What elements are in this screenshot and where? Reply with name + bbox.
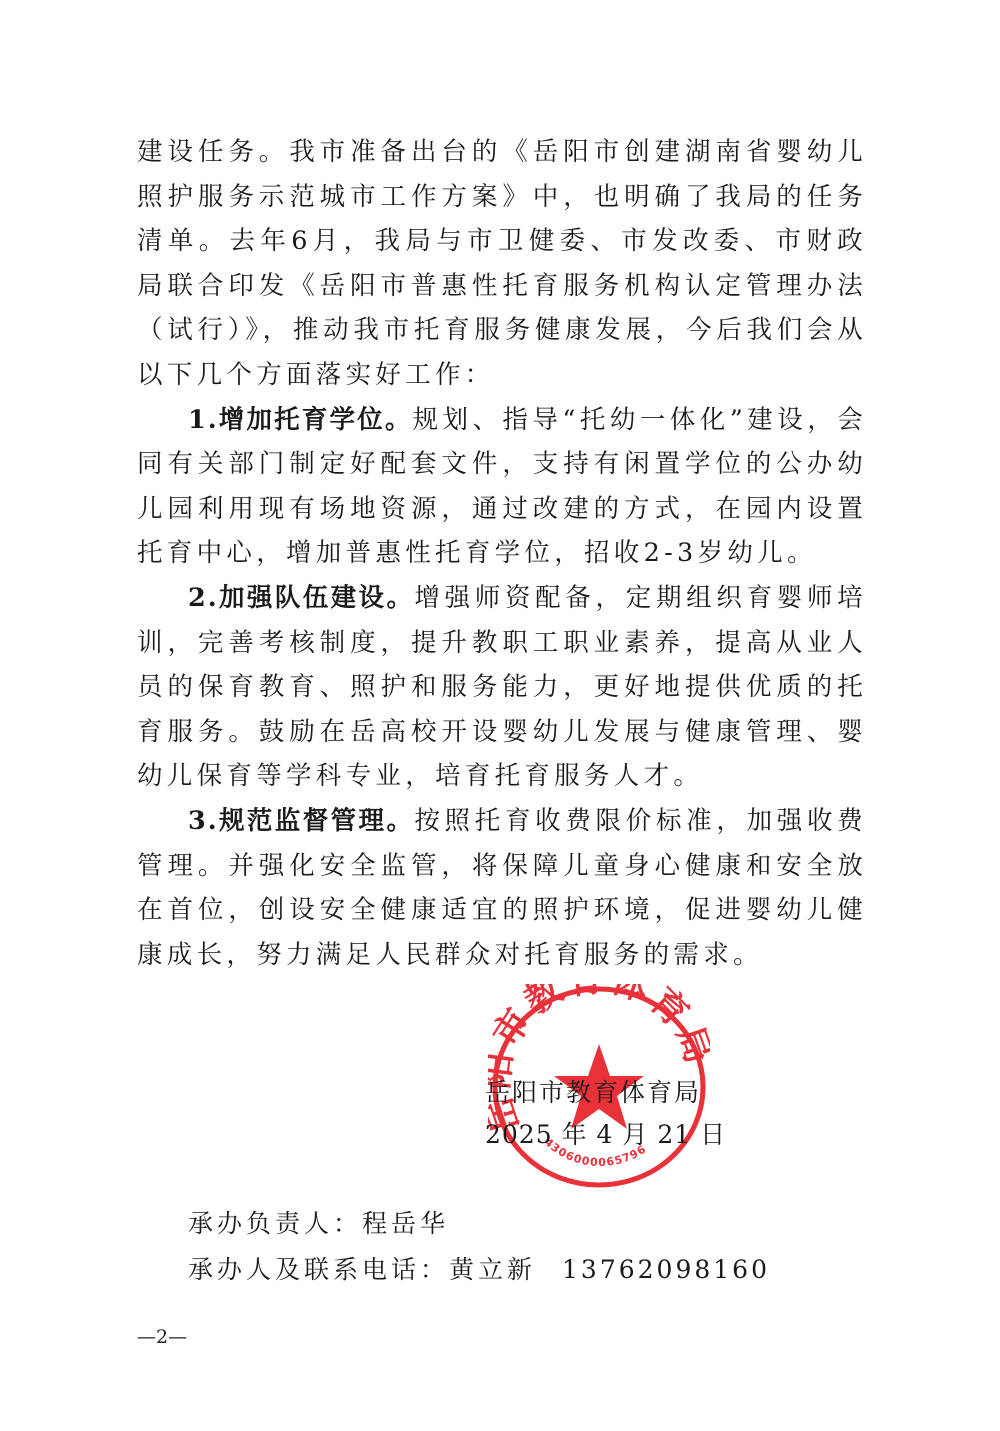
signature-block: 岳阳市教育体育局 2025 年 4 月 21 日 [485, 1072, 726, 1156]
paragraph-item-1: 1.增加托育学位。规划、指导“托幼一体化”建设，会同有关部门制定好配套文件，支持… [137, 398, 867, 576]
document-page: 建设任务。我市准备出台的《岳阳市创建湖南省婴幼儿照护服务示范城市工作方案》中，也… [0, 0, 1000, 1431]
paragraph-intro: 建设任务。我市准备出台的《岳阳市创建湖南省婴幼儿照护服务示范城市工作方案》中，也… [137, 130, 867, 398]
paragraph-item-2: 2.加强队伍建设。增强师资配备，定期组织育婴师培训，完善考核制度，提升教职工职业… [137, 576, 867, 799]
signature-organization: 岳阳市教育体育局 [485, 1072, 726, 1114]
signature-date: 2025 年 4 月 21 日 [485, 1114, 726, 1156]
handler-name: 黄立新 [449, 1255, 536, 1284]
paragraph-text: 增强师资配备，定期组织育婴师培训，完善考核制度，提升教职工职业素养，提高从业人员… [137, 583, 867, 791]
item-heading: 3.规范监督管理。 [188, 806, 414, 836]
paragraph-item-3: 3.规范监督管理。按照托育收费限价标准，加强收费管理。并强化安全监管，将保障儿童… [137, 799, 867, 977]
responsible-name: 程岳华 [362, 1209, 449, 1238]
page-number: —2— [137, 1326, 187, 1348]
paragraph-text: 建设任务。我市准备出台的《岳阳市创建湖南省婴幼儿照护服务示范城市工作方案》中，也… [137, 137, 867, 390]
document-body: 建设任务。我市准备出台的《岳阳市创建湖南省婴幼儿照护服务示范城市工作方案》中，也… [137, 130, 867, 977]
item-heading: 2.加强队伍建设。 [188, 583, 414, 613]
handler-line: 承办人及联系电话：黄立新13762098160 [188, 1247, 770, 1293]
item-heading: 1.增加托育学位。 [188, 405, 413, 435]
responsible-label: 承办负责人： [188, 1209, 362, 1238]
contact-block: 承办负责人：程岳华 承办人及联系电话：黄立新13762098160 [188, 1201, 770, 1293]
handler-phone: 13762098160 [562, 1255, 770, 1284]
responsible-person-line: 承办负责人：程岳华 [188, 1201, 770, 1247]
handler-label: 承办人及联系电话： [188, 1255, 449, 1284]
